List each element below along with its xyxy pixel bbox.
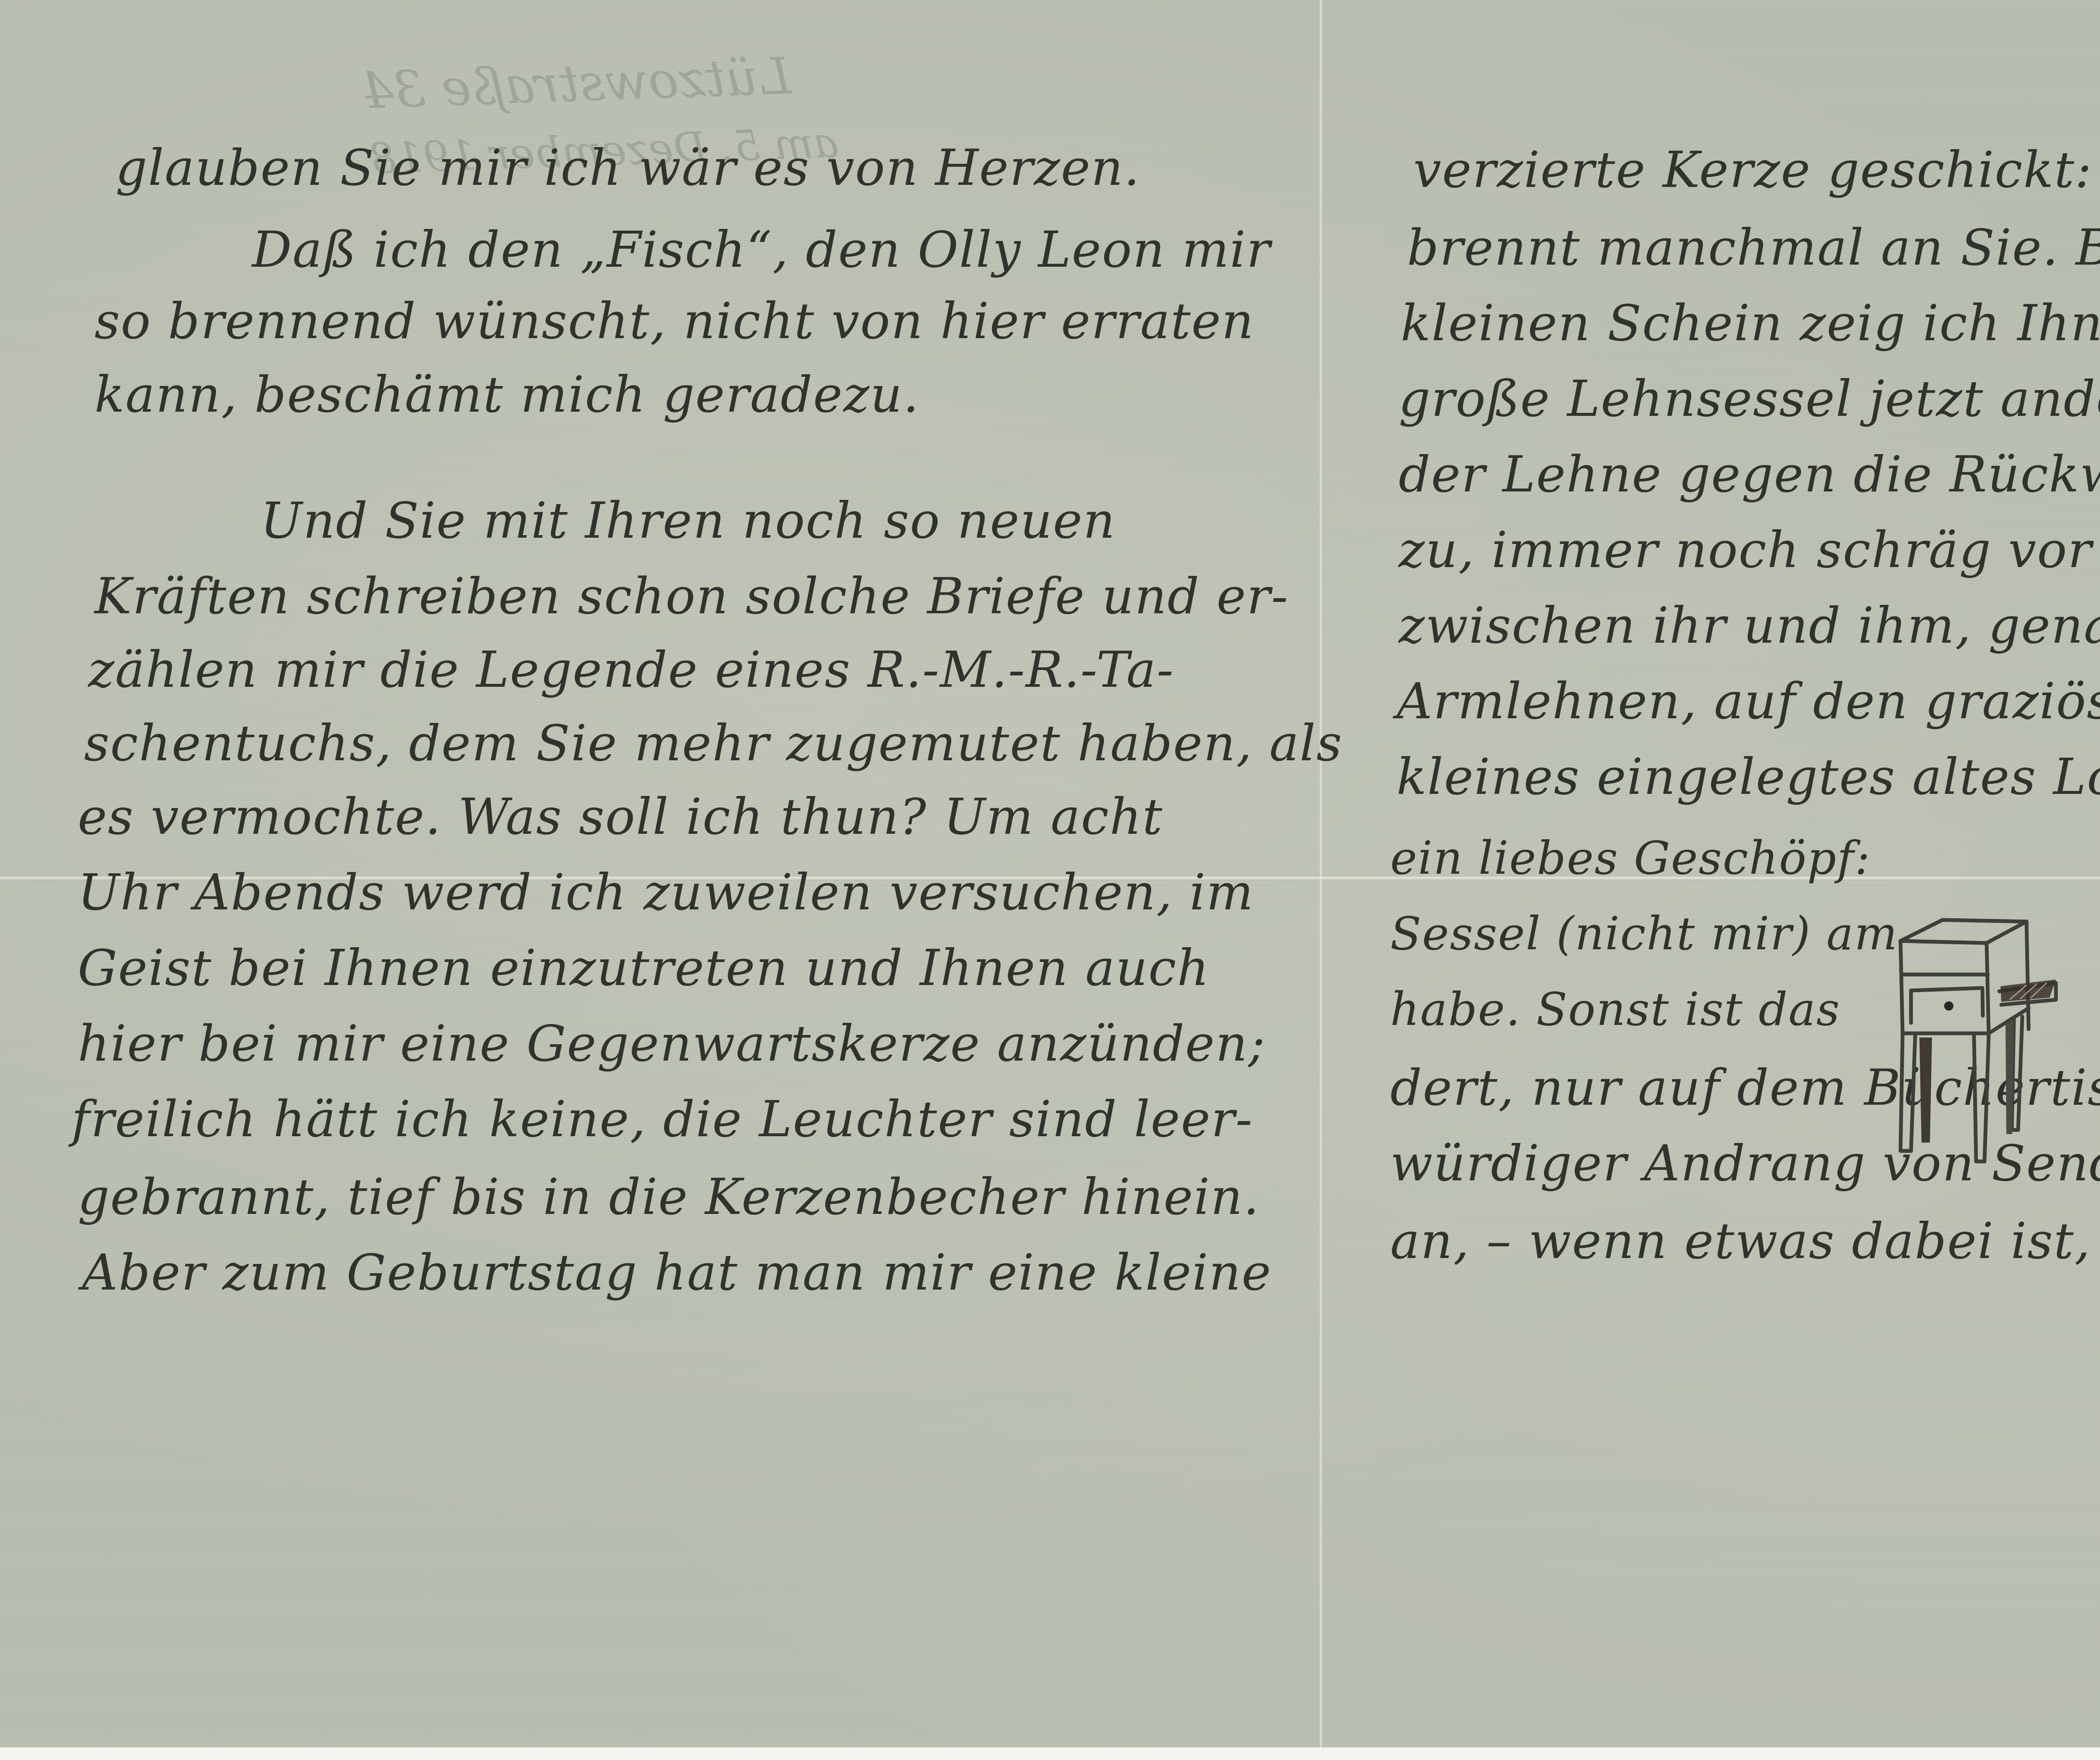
text-line: große Lehnsessel jetzt anders herum steh… (1399, 374, 2100, 423)
text-line: glauben Sie mir ich wär es von Herzen. (115, 143, 1140, 192)
text-line: Sessel (nicht mir) am (1390, 912, 1898, 957)
right-page: verzierte Kerze geschickt: die ist es al… (1323, 0, 2100, 1747)
text-line: Uhr Abends werd ich zuweilen versuchen, … (78, 867, 1254, 917)
text-line: schentuchs, dem Sie mehr zugemutet haben… (84, 718, 1343, 768)
text-line: ein liebes Geschöpf: (1390, 836, 1871, 881)
text-line: Daß ich den „Fisch“, den Olly Leon mir (252, 225, 1271, 274)
text-line: brennt manchmal an Sie. Bei Ihrem (1407, 223, 2100, 272)
text-line: kleines eingelegtes altes Louis-Seize Ti… (1396, 752, 2100, 801)
text-line: zählen mir die Legende eines R.-M.-R.-Ta… (88, 645, 1174, 694)
text-line: Armlehnen, auf den graziösesten Beinen, … (1396, 676, 2100, 726)
vertical-fold-crease (1319, 0, 1323, 1747)
text-line: hier bei mir eine Gegenwartskerze anzünd… (78, 1019, 1266, 1068)
text-line: Geist bei Ihnen einzutreten und Ihnen au… (78, 943, 1210, 993)
text-line: kann, beschämt mich geradezu. (94, 370, 919, 419)
text-line: so brennend wünscht, nicht von hier erra… (94, 296, 1255, 346)
text-line: Kräften schreiben schon solche Briefe un… (94, 571, 1289, 621)
text-line: Und Sie mit Ihren noch so neuen (260, 496, 1116, 545)
text-line: verzierte Kerze geschickt: die ist es al… (1413, 145, 2100, 194)
text-line: an, – wenn etwas dabei ist, was sich Ihn… (1390, 1216, 2100, 1266)
text-line: zu, immer noch schräg vor der Heizung – … (1399, 525, 2100, 575)
side-table-sketch-icon (1888, 916, 2100, 1176)
text-line: zwischen ihr und ihm, genau in der Höhe … (1399, 601, 2100, 650)
letter-sheet: Lützowstraße 34 am 5. Dezember 1918 glau… (0, 0, 2100, 1747)
bleed-through-address: Lützowstraße 34 (360, 47, 792, 121)
text-line: freilich hätt ich keine, die Leuchter si… (71, 1094, 1253, 1144)
text-line: Aber zum Geburtstag hat man mir eine kle… (82, 1248, 1272, 1297)
text-line: es vermochte. Was soll ich thun? Um acht (78, 792, 1163, 841)
text-line: kleinen Schein zeig ich Ihnen dann, daß … (1401, 298, 2100, 348)
text-line: habe. Sonst ist das (1390, 987, 1840, 1032)
left-page: Lützowstraße 34 am 5. Dezember 1918 glau… (0, 0, 1319, 1747)
text-line: gebrannt, tief bis in die Kerzenbecher h… (78, 1172, 1260, 1221)
text-line: der Lehne gegen die Rückwand des Zimmers (1399, 449, 2100, 499)
